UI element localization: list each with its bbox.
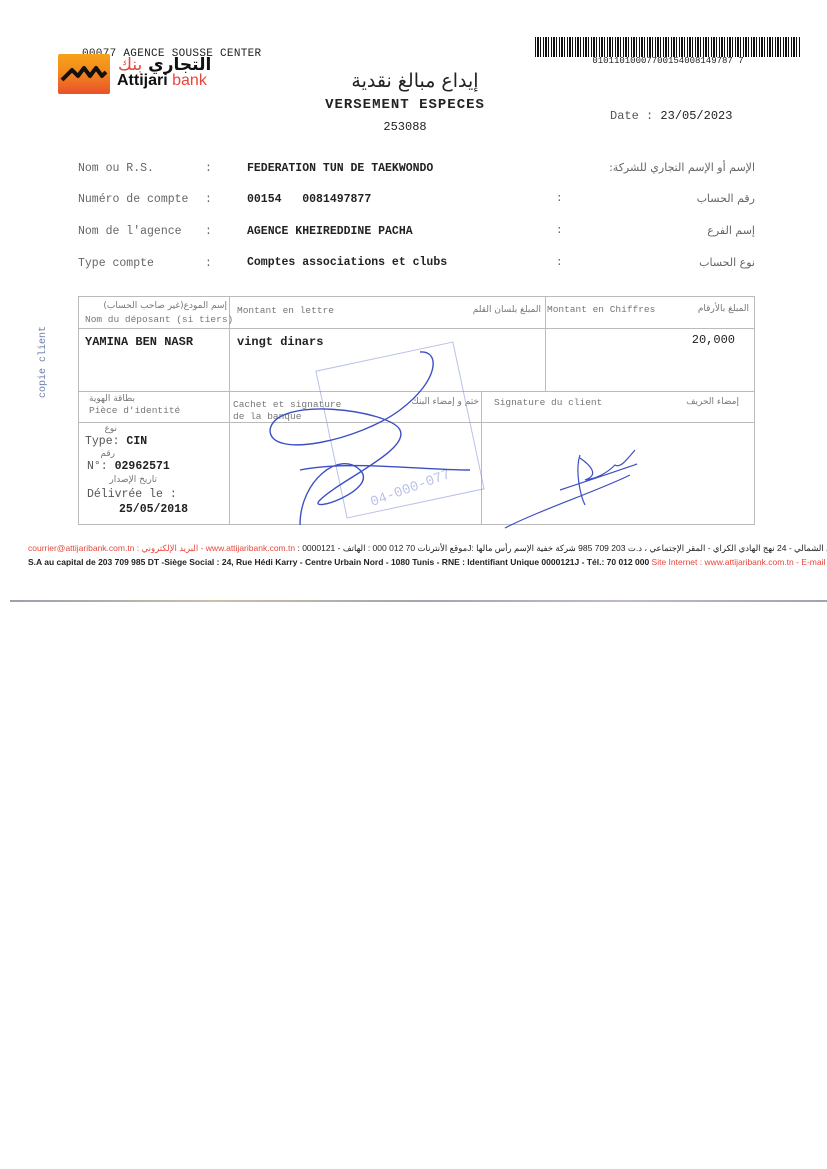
label-account-number: Numéro de compte	[78, 193, 188, 206]
label-account-number-ar: رقم الحساب	[697, 192, 755, 205]
copy-client-label: copie client	[38, 326, 49, 398]
title-french: VERSEMENT ESPECES	[300, 97, 510, 113]
footer-line-1: courrier@attijaribank.com.tn : البريد ال…	[28, 543, 827, 554]
label-agency-ar: إسم الفرع	[707, 224, 755, 237]
footer-address-ar: : موقع الأنترنات 70 012 000 : الهاتف - 0…	[297, 543, 827, 553]
label-nom-ar: الإسم أو الإسم التجاري للشركة:	[609, 161, 755, 174]
id-label-ar: بطاقة الهوية	[89, 394, 135, 404]
id-type-label: Type:	[85, 435, 126, 448]
id-date-value-text: 25/05/2018	[119, 503, 188, 516]
label-account-type-ar: نوع الحساب	[699, 256, 755, 269]
id-date-label: Délivrée le :	[87, 488, 177, 501]
reference-number: 253088	[340, 120, 470, 134]
footer-line-2: S.A au capital de 203 709 985 DT -Siège …	[28, 557, 827, 567]
amount-in-words: vingt dinars	[237, 335, 323, 349]
value-account-number: 00154 0081497877	[247, 193, 371, 206]
client-signature-label-ar: إمضاء الحريف	[639, 397, 739, 407]
depositor-name: YAMINA BEN NASR	[85, 335, 193, 349]
depositor-label-ar: إسم المودع(غير صاحب الحساب)	[83, 301, 227, 311]
barcode-number: 01011010007700154008149787 7	[535, 56, 801, 66]
logo-latin-red: bank	[172, 72, 207, 89]
bank-signature-label-ar: ختم و إمضاء البنك	[349, 397, 479, 407]
value-nom: FEDERATION TUN DE TAEKWONDO	[247, 162, 433, 175]
title-arabic: إيداع مبالغ نقدية	[290, 70, 540, 92]
id-type-ar: نوع	[87, 424, 117, 434]
logo-latin-dark: Attijari	[117, 72, 168, 89]
bank-signature-label: Cachet et signature de la banque	[233, 399, 353, 423]
client-signature-label: Signature du client	[494, 397, 602, 408]
amount-words-label: Montant en lettre	[237, 305, 334, 316]
date-value: 23/05/2023	[660, 109, 732, 123]
id-label: Pièce d'identité	[89, 405, 180, 416]
label-account-type: Type compte	[78, 257, 154, 270]
label-agency: Nom de l'agence	[78, 225, 182, 238]
deposit-table: إسم المودع(غير صاحب الحساب) Nom du dépos…	[78, 296, 755, 525]
divider	[79, 391, 754, 392]
divider	[79, 328, 754, 329]
divider	[481, 391, 482, 524]
colon: :	[205, 257, 212, 270]
colon-ar: :	[556, 257, 563, 269]
id-number-ar: رقم	[87, 449, 115, 459]
amount-figures-label-ar: المبلغ بالأرقام	[659, 304, 749, 314]
date-field: Date : 23/05/2023	[610, 109, 732, 123]
signatures-overlay: 04-000-077	[0, 0, 827, 1169]
footer-website-ar[interactable]: : البريد الإلكتروني - www.attijaribank.c…	[137, 543, 295, 553]
id-date-ar: تاريخ الإصدار	[79, 475, 157, 485]
amount-in-figures: 20,000	[639, 333, 735, 347]
divider	[229, 297, 230, 524]
colon: :	[205, 162, 212, 175]
barcode	[535, 37, 801, 57]
colon: :	[205, 193, 212, 206]
attijari-logo-icon	[58, 54, 110, 94]
footer-contact[interactable]: Site Internet : www.attijaribank.com.tn …	[652, 557, 827, 567]
id-number-value: 02962571	[115, 460, 170, 473]
logo-latin: Attijari bank	[117, 72, 207, 90]
id-date-value: 25/05/2018	[119, 503, 188, 516]
footer-email[interactable]: courrier@attijaribank.com.tn	[28, 543, 134, 553]
id-number: N°: 02962571	[87, 460, 170, 473]
colon-ar: :	[556, 225, 563, 237]
colon-ar: :	[556, 193, 563, 205]
value-account-type: Comptes associations et clubs	[247, 256, 447, 269]
amount-figures-label: Montant en Chiffres	[547, 304, 655, 315]
value-agency: AGENCE KHEIREDDINE PACHA	[247, 225, 413, 238]
id-type-value: CIN	[126, 435, 147, 448]
divider	[79, 422, 754, 423]
footer-address: S.A au capital de 203 709 985 DT -Siège …	[28, 557, 652, 567]
id-number-label: N°:	[87, 460, 115, 473]
divider	[545, 297, 546, 391]
depositor-label: Nom du déposant (si tiers)	[85, 314, 233, 325]
page-divider	[10, 600, 827, 602]
id-type: Type: CIN	[85, 435, 147, 448]
amount-words-label-ar: المبلغ بلسان القلم	[379, 305, 541, 315]
label-nom: Nom ou R.S.	[78, 162, 154, 175]
date-label: Date :	[610, 109, 660, 123]
colon: :	[205, 225, 212, 238]
